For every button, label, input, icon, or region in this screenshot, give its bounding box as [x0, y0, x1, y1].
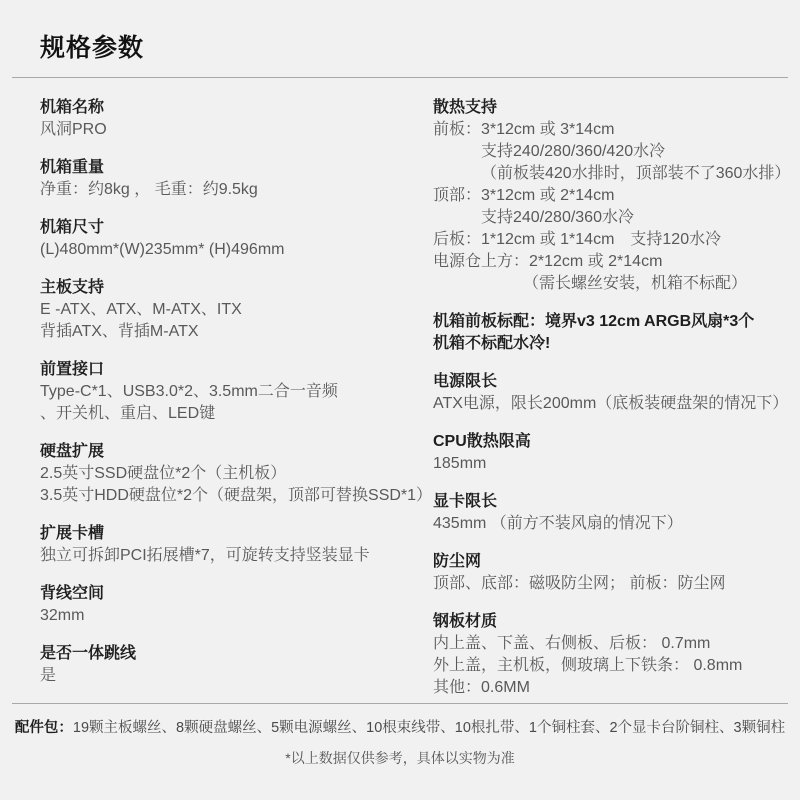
section-case-name: 机箱名称 风洞PRO [40, 97, 432, 141]
section-cooling: 散热支持 前板：3*12cm 或 3*14cm 支持240/280/360/42… [433, 97, 795, 295]
top-divider [12, 77, 788, 78]
drive-bays-line-1: 2.5英寸SSD硬盘位*2个（主机板） [40, 463, 432, 485]
dust-filter-label: 防尘网 [433, 551, 795, 573]
drive-bays-label: 硬盘扩展 [40, 441, 432, 463]
gpu-limit-value: 435mm （前方不装风扇的情况下） [433, 513, 795, 535]
section-dust-filter: 防尘网 顶部、底部：磁吸防尘网； 前板：防尘网 [433, 551, 795, 595]
spec-sheet: 规格参数 机箱名称 风洞PRO 机箱重量 净重：约8kg ， 毛重：约9.5kg… [0, 0, 800, 800]
cooling-top-support-line: 支持240/280/360水冷 [433, 207, 795, 229]
section-mobo-support: 主板支持 E -ATX、ATX、M-ATX、ITX 背插ATX、背插M-ATX [40, 277, 432, 343]
steel-label: 钢板材质 [433, 611, 795, 633]
front-io-line-2: 、开关机、重启、LED键 [40, 403, 432, 425]
psu-limit-label: 电源限长 [433, 371, 795, 393]
cooling-label: 散热支持 [433, 97, 795, 119]
mobo-support-line-1: E -ATX、ATX、M-ATX、ITX [40, 299, 432, 321]
pcie-slots-value: 独立可拆卸PCI拓展槽*7，可旋转支持竖装显卡 [40, 545, 432, 567]
front-io-label: 前置接口 [40, 359, 432, 381]
cooling-top-line: 顶部：3*12cm 或 2*14cm [433, 185, 795, 207]
mobo-support-label: 主板支持 [40, 277, 432, 299]
case-name-value: 风洞PRO [40, 119, 432, 141]
case-name-label: 机箱名称 [40, 97, 432, 119]
section-cable-space: 背线空间 32mm [40, 583, 432, 627]
section-front-fans: 机箱前板标配：境界v3 12cm ARGB风扇*3个 机箱不标配水冷! [433, 311, 795, 355]
disclaimer-note: *以上数据仅供参考，具体以实物为准 [0, 748, 800, 768]
section-case-weight: 机箱重量 净重：约8kg ， 毛重：约9.5kg [40, 157, 432, 201]
steel-line-1: 内上盖、下盖、右侧板、后板： 0.7mm [433, 633, 795, 655]
steel-line-2: 外上盖，主机板，侧玻璃上下铁条： 0.8mm [433, 655, 795, 677]
front-fans-line-1: 机箱前板标配：境界v3 12cm ARGB风扇*3个 [433, 311, 795, 333]
section-pcie-slots: 扩展卡槽 独立可拆卸PCI拓展槽*7，可旋转支持竖装显卡 [40, 523, 432, 567]
cooling-rear-line: 后板：1*12cm 或 1*14cm 支持120水冷 [433, 229, 795, 251]
steel-line-3: 其他：0.6MM [433, 677, 795, 699]
cooling-psu-shroud-note-line: （需长螺丝安装，机箱不标配） [433, 273, 795, 295]
section-steel: 钢板材质 内上盖、下盖、右侧板、后板： 0.7mm 外上盖，主机板，侧玻璃上下铁… [433, 611, 795, 699]
case-size-value: (L)480mm*(W)235mm* (H)496mm [40, 239, 432, 261]
section-cpu-limit: CPU散热限高 185mm [433, 431, 795, 475]
jumper-value: 是 [40, 665, 432, 687]
case-weight-label: 机箱重量 [40, 157, 432, 179]
front-fans-line-2: 机箱不标配水冷! [433, 333, 795, 355]
accessories-label: 配件包： [15, 720, 73, 736]
bottom-divider [12, 703, 788, 704]
case-size-label: 机箱尺寸 [40, 217, 432, 239]
jumper-label: 是否一体跳线 [40, 643, 432, 665]
accessories-line: 配件包：19颗主板螺丝、8颗硬盘螺丝、5颗电源螺丝、10根束线带、10根扎带、1… [0, 718, 800, 738]
section-jumper: 是否一体跳线 是 [40, 643, 432, 687]
cooling-psu-shroud-line: 电源仓上方：2*12cm 或 2*14cm [433, 251, 795, 273]
page-title: 规格参数 [40, 28, 144, 64]
front-io-line-1: Type-C*1、USB3.0*2、3.5mm二合一音频 [40, 381, 432, 403]
cooling-front-support-line: 支持240/280/360/420水冷 [433, 141, 795, 163]
section-front-io: 前置接口 Type-C*1、USB3.0*2、3.5mm二合一音频 、开关机、重… [40, 359, 432, 425]
left-column: 机箱名称 风洞PRO 机箱重量 净重：约8kg ， 毛重：约9.5kg 机箱尺寸… [40, 97, 432, 703]
section-psu-limit: 电源限长 ATX电源，限长200mm（底板装硬盘架的情况下） [433, 371, 795, 415]
cooling-front-note-line: （前板装420水排时，顶部装不了360水排） [433, 163, 795, 185]
gpu-limit-label: 显卡限长 [433, 491, 795, 513]
cable-space-value: 32mm [40, 605, 432, 627]
section-gpu-limit: 显卡限长 435mm （前方不装风扇的情况下） [433, 491, 795, 535]
mobo-support-line-2: 背插ATX、背插M-ATX [40, 321, 432, 343]
cpu-limit-value: 185mm [433, 453, 795, 475]
psu-limit-value: ATX电源，限长200mm（底板装硬盘架的情况下） [433, 393, 795, 415]
section-case-size: 机箱尺寸 (L)480mm*(W)235mm* (H)496mm [40, 217, 432, 261]
cooling-front-line: 前板：3*12cm 或 3*14cm [433, 119, 795, 141]
case-weight-value: 净重：约8kg ， 毛重：约9.5kg [40, 179, 432, 201]
drive-bays-line-2: 3.5英寸HDD硬盘位*2个（硬盘架，顶部可替换SSD*1） [40, 485, 432, 507]
dust-filter-value: 顶部、底部：磁吸防尘网； 前板：防尘网 [433, 573, 795, 595]
section-drive-bays: 硬盘扩展 2.5英寸SSD硬盘位*2个（主机板） 3.5英寸HDD硬盘位*2个（… [40, 441, 432, 507]
accessories-list: 19颗主板螺丝、8颗硬盘螺丝、5颗电源螺丝、10根束线带、10根扎带、1个铜柱套… [73, 720, 785, 736]
pcie-slots-label: 扩展卡槽 [40, 523, 432, 545]
cpu-limit-label: CPU散热限高 [433, 431, 795, 453]
cable-space-label: 背线空间 [40, 583, 432, 605]
right-column: 散热支持 前板：3*12cm 或 3*14cm 支持240/280/360/42… [433, 97, 795, 715]
